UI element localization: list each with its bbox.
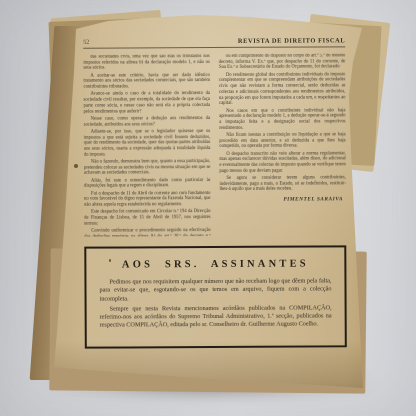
paragraph: Não o fazendo, demonstra bem que, quanto… — [84, 159, 211, 177]
page-header: 52 REVISTA DE DIREITO FISCAL — [83, 37, 345, 45]
paragraph: Nesse caso, como operar a dedução aos re… — [84, 116, 211, 128]
right-column: ou em cumprimento do disposto no corpo d… — [219, 53, 346, 236]
paragraph: Se agora se considerar terem alguns cont… — [219, 175, 346, 193]
paragraph: Pedimos que nos requisitem qualquer núme… — [99, 277, 331, 303]
notice-box: AOS SRS. ASSINANTES Pedimos que nos requ… — [84, 245, 347, 348]
photo-background: 52 REVISTA DE DIREITO FISCAL das socieda… — [0, 0, 416, 416]
journal-title: REVISTA DE DIREITO FISCAL — [238, 37, 345, 45]
paragraph: Avance-se ainda o caso de a totalidade d… — [83, 91, 210, 114]
paragraph: Foi o despacho de 11 de Abril do corrent… — [84, 191, 211, 209]
paragraph: Não ficam isentas a contribuição ou liqu… — [219, 132, 346, 150]
page-number: 52 — [83, 40, 89, 46]
paragraph: O despacho transcrito não veio alterar a… — [219, 151, 346, 174]
magazine-page: 52 REVISTA DE DIREITO FISCAL das socieda… — [48, 12, 368, 394]
paragraph: Este despacho foi comunicado em Circular… — [84, 209, 211, 227]
paragraph: Nos casos em que o contribuinte individu… — [219, 108, 346, 131]
notice-title: AOS SRS. ASSINANTES — [99, 258, 331, 270]
paragraph: das sociedades civis, uma vez que são el… — [83, 54, 210, 72]
right-column-text: ou em cumprimento do disposto no corpo d… — [219, 53, 346, 193]
paragraph: Convindo uniformizar o procedimento segu… — [84, 228, 211, 237]
paragraph: Adiante-se, por isso, que se o legislado… — [84, 129, 211, 158]
paragraph: Do rendimento global dos contribuintes i… — [219, 72, 346, 107]
paragraph: Aliás, foi este o entendimento dado como… — [84, 178, 211, 190]
notice-body: Pedimos que nos requisitem qualquer núme… — [99, 277, 331, 330]
paragraph: Sempre que nesta Revista mencionamos acó… — [100, 304, 332, 330]
left-column: das sociedades civis, uma vez que são el… — [83, 54, 210, 237]
paragraph: ou em cumprimento do disposto no corpo d… — [219, 53, 346, 71]
body-columns: das sociedades civis, uma vez que são el… — [83, 53, 346, 236]
paper-speck — [109, 259, 111, 262]
header-rule — [83, 46, 345, 48]
paper-speck — [74, 164, 78, 168]
paragraph: A aceitar-se este critério, havia que se… — [83, 73, 210, 91]
author-signature: PIMENTEL SARAIVA — [220, 197, 347, 203]
page-content: 52 REVISTA DE DIREITO FISCAL das socieda… — [83, 37, 347, 348]
